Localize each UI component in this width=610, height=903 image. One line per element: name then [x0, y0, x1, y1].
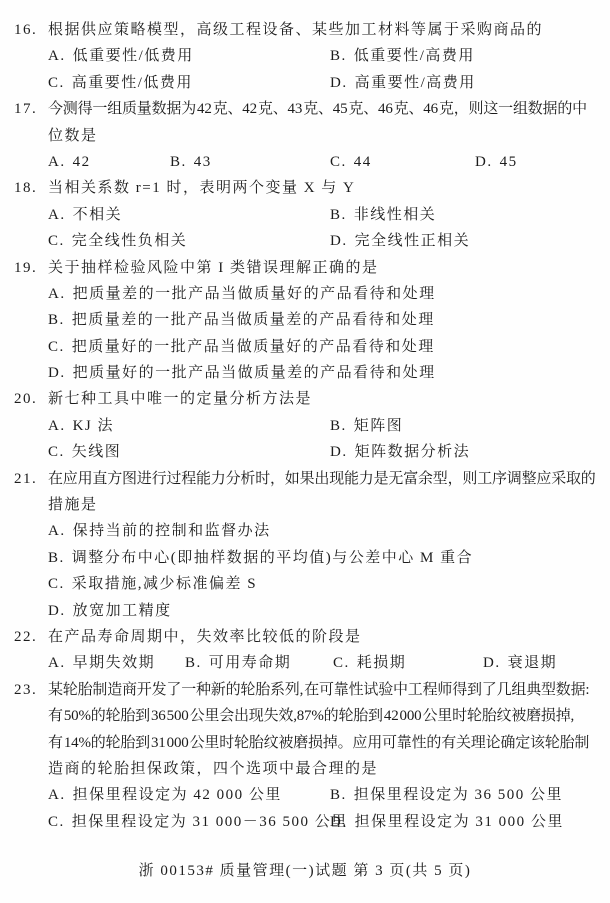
option-row: A.42B.43C.44D.45 — [0, 149, 610, 175]
question-17: 17.今测得一组质量数据为 42 克、42 克、43 克、45 克、46 克、4… — [0, 96, 610, 175]
option-label: C. — [48, 233, 65, 249]
page-footer: 浙 00153# 质量管理(一)试题 第 3 页(共 5 页) — [0, 858, 610, 884]
option-label: B. — [48, 550, 65, 566]
option-text: 担保里程设定为 31 000 公里 — [355, 814, 564, 830]
option-text: 采取措施,减少标准偏差 S — [72, 576, 257, 592]
option-label: D. — [330, 75, 348, 91]
question-text-line: 措施是 — [0, 492, 610, 518]
option-A: A.担保里程设定为 42 000 公里 — [48, 782, 282, 808]
option-row: A.保持当前的控制和监督办法 — [0, 518, 610, 544]
option-row: C.高重要性/低费用D.高重要性/高费用 — [0, 70, 610, 96]
option-C: C.采取措施,减少标准偏差 S — [48, 571, 257, 597]
option-text: KJ 法 — [73, 418, 114, 434]
question-text-line: 17.今测得一组质量数据为 42 克、42 克、43 克、45 克、46 克、4… — [0, 96, 610, 122]
question-text: 有 50%的轮胎到 36 500 公里会出现失效,87%的轮胎到 42 000 … — [48, 703, 574, 729]
option-D: D.放宽加工精度 — [48, 598, 172, 624]
option-A: A.不相关 — [48, 202, 122, 228]
question-text: 关于抽样检验风险中第 I 类错误理解正确的是 — [48, 255, 379, 281]
option-row: A.低重要性/低费用B.低重要性/高费用 — [0, 43, 610, 69]
option-row: B.把质量差的一批产品当做质量差的产品看待和处理 — [0, 307, 610, 333]
question-text: 某轮胎制造商开发了一种新的轮胎系列, 在可靠性试验中工程师得到了几组典型数据: — [48, 677, 589, 703]
option-label: B. — [330, 207, 347, 223]
option-C: C.44 — [330, 149, 372, 175]
option-label: B. — [330, 787, 347, 803]
option-D: D.高重要性/高费用 — [330, 70, 476, 96]
question-21: 21.在应用直方图进行过程能力分析时，如果出现能力是无富余型，则工序调整应采取的… — [0, 466, 610, 624]
option-row: D.把质量好的一批产品当做质量差的产品看待和处理 — [0, 360, 610, 386]
option-B: B.非线性相关 — [330, 202, 436, 228]
option-D: D.完全线性正相关 — [330, 228, 470, 254]
option-text: 高重要性/高费用 — [355, 75, 476, 91]
option-A: A.保持当前的控制和监督办法 — [48, 518, 271, 544]
option-label: A. — [48, 418, 66, 434]
option-B: B.43 — [170, 149, 212, 175]
option-C: C.耗损期 — [333, 650, 406, 676]
option-text: 42 — [73, 154, 91, 170]
option-D: D.衰退期 — [483, 650, 557, 676]
option-B: B.可用寿命期 — [185, 650, 291, 676]
option-text: 44 — [354, 154, 372, 170]
option-label: D. — [330, 233, 348, 249]
option-label: B. — [170, 154, 187, 170]
option-row: C.担保里程设定为 31 000－36 500 公里D.担保里程设定为 31 0… — [0, 809, 610, 835]
question-16: 16.根据供应策略模型，高级工程设备、某些加工材料等属于采购商品的A.低重要性/… — [0, 17, 610, 96]
option-text: 放宽加工精度 — [73, 603, 172, 619]
question-text: 有 14%的轮胎到 31 000 公里时轮胎纹被磨损掉。应用可靠性的有关理论确定… — [48, 730, 589, 756]
option-label: B. — [330, 48, 347, 64]
option-text: 高重要性/低费用 — [72, 75, 193, 91]
option-row: A.早期失效期B.可用寿命期C.耗损期D.衰退期 — [0, 650, 610, 676]
option-label: B. — [330, 418, 347, 434]
option-text: 把质量差的一批产品当做质量好的产品看待和处理 — [73, 286, 436, 302]
question-text-line: 23.某轮胎制造商开发了一种新的轮胎系列, 在可靠性试验中工程师得到了几组典型数… — [0, 677, 610, 703]
option-C: C.矢线图 — [48, 439, 121, 465]
option-label: A. — [48, 787, 66, 803]
option-label: D. — [48, 365, 66, 381]
option-row: B.调整分布中心(即抽样数据的平均值)与公差中心 M 重合 — [0, 545, 610, 571]
option-B: B.低重要性/高费用 — [330, 43, 475, 69]
option-label: D. — [330, 814, 348, 830]
question-text: 当相关系数 r=1 时，表明两个变量 X 与 Y — [48, 175, 355, 201]
question-number: 19. — [14, 255, 37, 281]
question-text-line: 有 50%的轮胎到 36 500 公里会出现失效,87%的轮胎到 42 000 … — [0, 703, 610, 729]
question-18: 18.当相关系数 r=1 时，表明两个变量 X 与 YA.不相关B.非线性相关C… — [0, 175, 610, 254]
option-label: D. — [475, 154, 493, 170]
question-number: 23. — [14, 677, 37, 703]
option-text: 保持当前的控制和监督办法 — [73, 523, 271, 539]
question-list: 16.根据供应策略模型，高级工程设备、某些加工材料等属于采购商品的A.低重要性/… — [0, 17, 610, 835]
option-text: 矢线图 — [72, 444, 122, 460]
question-text-line: 20.新七种工具中唯一的定量分析方法是 — [0, 386, 610, 412]
option-text: 完全线性负相关 — [72, 233, 188, 249]
question-number: 22. — [14, 624, 37, 650]
option-A: A.把质量差的一批产品当做质量好的产品看待和处理 — [48, 281, 436, 307]
question-number: 20. — [14, 386, 37, 412]
option-row: A.KJ 法B.矩阵图 — [0, 413, 610, 439]
option-text: 45 — [500, 154, 518, 170]
option-A: A.低重要性/低费用 — [48, 43, 194, 69]
question-19: 19.关于抽样检验风险中第 I 类错误理解正确的是A.把质量差的一批产品当做质量… — [0, 255, 610, 387]
option-label: C. — [333, 655, 350, 671]
option-label: C. — [48, 75, 65, 91]
option-text: 低重要性/高费用 — [354, 48, 475, 64]
option-label: D. — [483, 655, 501, 671]
option-A: A.42 — [48, 149, 91, 175]
question-text: 今测得一组质量数据为 42 克、42 克、43 克、45 克、46 克、46 克… — [48, 96, 587, 122]
option-D: D.把质量好的一批产品当做质量差的产品看待和处理 — [48, 360, 436, 386]
option-text: 调整分布中心(即抽样数据的平均值)与公差中心 M 重合 — [72, 550, 473, 566]
option-text: 完全线性正相关 — [355, 233, 471, 249]
option-row: C.采取措施,减少标准偏差 S — [0, 571, 610, 597]
question-text: 在应用直方图进行过程能力分析时，如果出现能力是无富余型，则工序调整应采取的 — [48, 466, 596, 492]
option-text: 耗损期 — [357, 655, 407, 671]
option-row: C.完全线性负相关D.完全线性正相关 — [0, 228, 610, 254]
page-footer-text: 浙 00153# 质量管理(一)试题 第 3 页(共 5 页) — [139, 863, 472, 879]
question-text: 在产品寿命周期中，失效率比较低的阶段是 — [48, 624, 362, 650]
option-text: 非线性相关 — [354, 207, 437, 223]
question-number: 21. — [14, 466, 37, 492]
question-number: 17. — [14, 96, 37, 122]
option-text: 担保里程设定为 42 000 公里 — [73, 787, 282, 803]
option-label: C. — [48, 339, 65, 355]
question-text: 根据供应策略模型，高级工程设备、某些加工材料等属于采购商品的 — [48, 17, 543, 43]
question-number: 18. — [14, 175, 37, 201]
option-text: 担保里程设定为 31 000－36 500 公里 — [72, 814, 348, 830]
option-text: 矩阵图 — [354, 418, 404, 434]
question-text-line: 16.根据供应策略模型，高级工程设备、某些加工材料等属于采购商品的 — [0, 17, 610, 43]
option-row: A.担保里程设定为 42 000 公里B.担保里程设定为 36 500 公里 — [0, 782, 610, 808]
option-label: C. — [330, 154, 347, 170]
option-row: C.矢线图D.矩阵数据分析法 — [0, 439, 610, 465]
option-text: 早期失效期 — [73, 655, 156, 671]
question-text-line: 18.当相关系数 r=1 时，表明两个变量 X 与 Y — [0, 175, 610, 201]
option-text: 衰退期 — [508, 655, 558, 671]
option-row: A.不相关B.非线性相关 — [0, 202, 610, 228]
option-label: C. — [48, 444, 65, 460]
question-text-line: 19.关于抽样检验风险中第 I 类错误理解正确的是 — [0, 255, 610, 281]
option-text: 把质量好的一批产品当做质量好的产品看待和处理 — [72, 339, 435, 355]
option-B: B.担保里程设定为 36 500 公里 — [330, 782, 563, 808]
option-B: B.把质量差的一批产品当做质量差的产品看待和处理 — [48, 307, 435, 333]
option-D: D.45 — [475, 149, 518, 175]
option-label: A. — [48, 207, 66, 223]
option-label: A. — [48, 286, 66, 302]
question-text-line: 有 14%的轮胎到 31 000 公里时轮胎纹被磨损掉。应用可靠性的有关理论确定… — [0, 730, 610, 756]
option-label: A. — [48, 154, 66, 170]
question-text: 措施是 — [48, 492, 98, 518]
option-label: C. — [48, 576, 65, 592]
option-label: C. — [48, 814, 65, 830]
option-text: 可用寿命期 — [209, 655, 292, 671]
exam-page: 16.根据供应策略模型，高级工程设备、某些加工材料等属于采购商品的A.低重要性/… — [0, 0, 610, 903]
question-text: 新七种工具中唯一的定量分析方法是 — [48, 386, 312, 412]
option-text: 把质量好的一批产品当做质量差的产品看待和处理 — [73, 365, 436, 381]
option-row: C.把质量好的一批产品当做质量好的产品看待和处理 — [0, 334, 610, 360]
option-text: 不相关 — [73, 207, 123, 223]
option-A: A.早期失效期 — [48, 650, 155, 676]
question-text: 位数是 — [48, 123, 98, 149]
option-C: C.完全线性负相关 — [48, 228, 187, 254]
option-label: D. — [330, 444, 348, 460]
option-D: D.担保里程设定为 31 000 公里 — [330, 809, 564, 835]
question-text-line: 21.在应用直方图进行过程能力分析时，如果出现能力是无富余型，则工序调整应采取的 — [0, 466, 610, 492]
option-text: 43 — [194, 154, 212, 170]
question-text-line: 22.在产品寿命周期中，失效率比较低的阶段是 — [0, 624, 610, 650]
option-text: 矩阵数据分析法 — [355, 444, 471, 460]
option-C: C.把质量好的一批产品当做质量好的产品看待和处理 — [48, 334, 435, 360]
option-text: 把质量差的一批产品当做质量差的产品看待和处理 — [72, 312, 435, 328]
question-20: 20.新七种工具中唯一的定量分析方法是A.KJ 法B.矩阵图C.矢线图D.矩阵数… — [0, 386, 610, 465]
question-text-line: 造商的轮胎担保政策，四个选项中最合理的是 — [0, 756, 610, 782]
option-A: A.KJ 法 — [48, 413, 114, 439]
option-label: D. — [48, 603, 66, 619]
option-label: A. — [48, 48, 66, 64]
question-text-line: 位数是 — [0, 123, 610, 149]
option-label: B. — [48, 312, 65, 328]
option-row: D.放宽加工精度 — [0, 598, 610, 624]
question-23: 23.某轮胎制造商开发了一种新的轮胎系列, 在可靠性试验中工程师得到了几组典型数… — [0, 677, 610, 835]
question-text: 造商的轮胎担保政策，四个选项中最合理的是 — [48, 756, 378, 782]
option-B: B.调整分布中心(即抽样数据的平均值)与公差中心 M 重合 — [48, 545, 473, 571]
option-row: A.把质量差的一批产品当做质量好的产品看待和处理 — [0, 281, 610, 307]
option-text: 低重要性/低费用 — [73, 48, 194, 64]
option-B: B.矩阵图 — [330, 413, 403, 439]
question-number: 16. — [14, 17, 37, 43]
option-label: A. — [48, 655, 66, 671]
option-D: D.矩阵数据分析法 — [330, 439, 470, 465]
option-C: C.高重要性/低费用 — [48, 70, 193, 96]
option-label: A. — [48, 523, 66, 539]
question-22: 22.在产品寿命周期中，失效率比较低的阶段是A.早期失效期B.可用寿命期C.耗损… — [0, 624, 610, 677]
option-label: B. — [185, 655, 202, 671]
option-text: 担保里程设定为 36 500 公里 — [354, 787, 563, 803]
option-C: C.担保里程设定为 31 000－36 500 公里 — [48, 809, 348, 835]
